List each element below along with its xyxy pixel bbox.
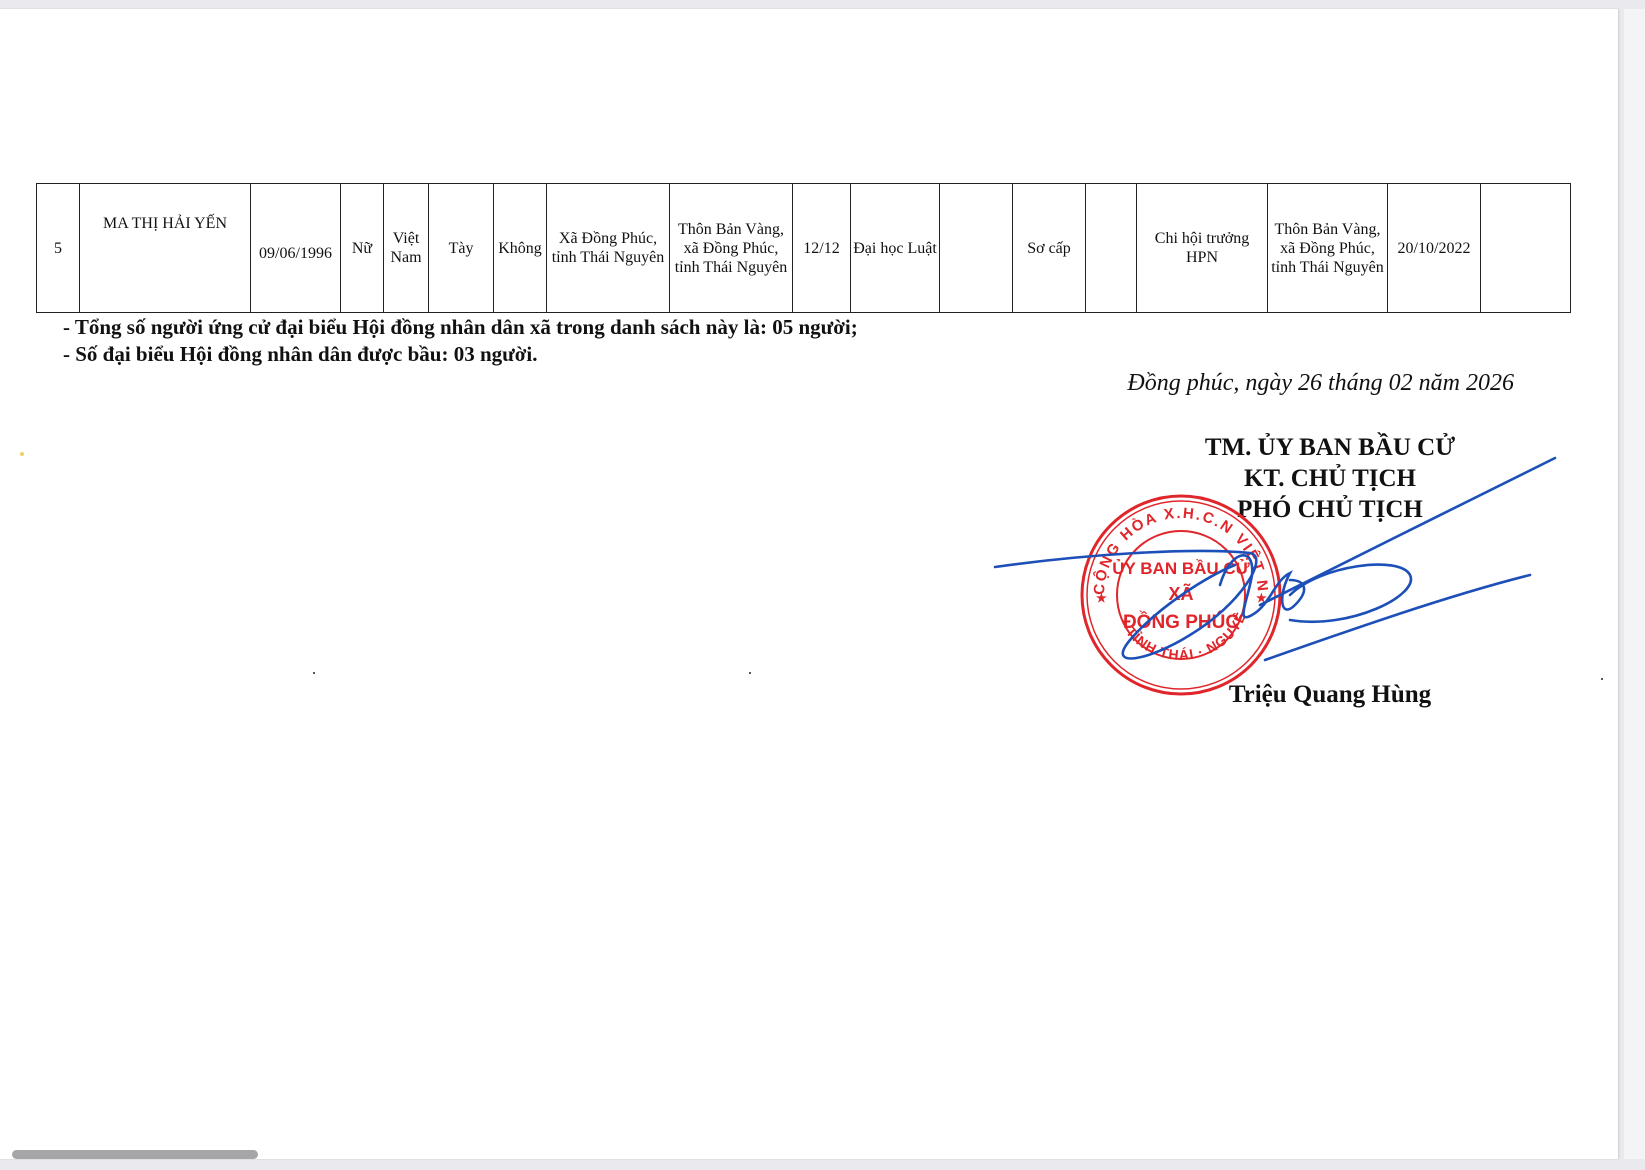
- signer-name: Triệu Quang Hùng: [1100, 681, 1560, 709]
- scan-dot: [1601, 678, 1603, 680]
- table-row: 5 MA THỊ HẢI YẾN 09/06/1996 Nữ Việt Nam …: [37, 184, 1571, 313]
- cell-ethnicity: Tày: [429, 184, 494, 313]
- cell-stt: 5: [37, 184, 80, 313]
- cell-name: MA THỊ HẢI YẾN: [80, 184, 251, 313]
- summary: - Tổng số người ứng cử đại biểu Hội đồng…: [63, 314, 858, 368]
- cell-general-education: 12/12: [793, 184, 851, 313]
- cell-religion: Không: [494, 184, 547, 313]
- cell-extra: [1481, 184, 1571, 313]
- summary-elected-count: - Số đại biểu Hội đồng nhân dân được bầu…: [63, 341, 858, 368]
- scan-dot: [749, 672, 751, 674]
- scan-speck: [20, 452, 24, 456]
- cell-nationality: Việt Nam: [384, 184, 429, 313]
- cell-residence: Thôn Bản Vàng, xã Đồng Phúc, tỉnh Thái N…: [670, 184, 793, 313]
- cell-dob: 09/06/1996: [251, 184, 341, 313]
- summary-total-candidates: - Tổng số người ứng cử đại biểu Hội đồng…: [63, 314, 858, 341]
- scan-dot: [313, 672, 315, 674]
- horizontal-scrollbar[interactable]: [12, 1150, 258, 1159]
- cell-political-theory: Sơ cấp: [1013, 184, 1086, 313]
- page-edge: [1624, 9, 1645, 1159]
- cell-workplace: Thôn Bản Vàng, xã Đồng Phúc, tỉnh Thái N…: [1268, 184, 1388, 313]
- dateline: Đồng phúc, ngày 26 tháng 02 năm 2026: [1040, 370, 1514, 397]
- cell-professional-education: Đại học Luật: [851, 184, 940, 313]
- cell-party-join-date: 20/10/2022: [1388, 184, 1481, 313]
- cell-hometown: Xã Đồng Phúc, tỉnh Thái Nguyên: [547, 184, 670, 313]
- handwritten-signature-icon: [990, 455, 1570, 675]
- cell-foreign-language: [1086, 184, 1137, 313]
- cell-gender: Nữ: [341, 184, 384, 313]
- cell-position: Chi hội trưởng HPN: [1137, 184, 1268, 313]
- cell-academic-degree: [940, 184, 1013, 313]
- candidate-table: 5 MA THỊ HẢI YẾN 09/06/1996 Nữ Việt Nam …: [36, 183, 1571, 313]
